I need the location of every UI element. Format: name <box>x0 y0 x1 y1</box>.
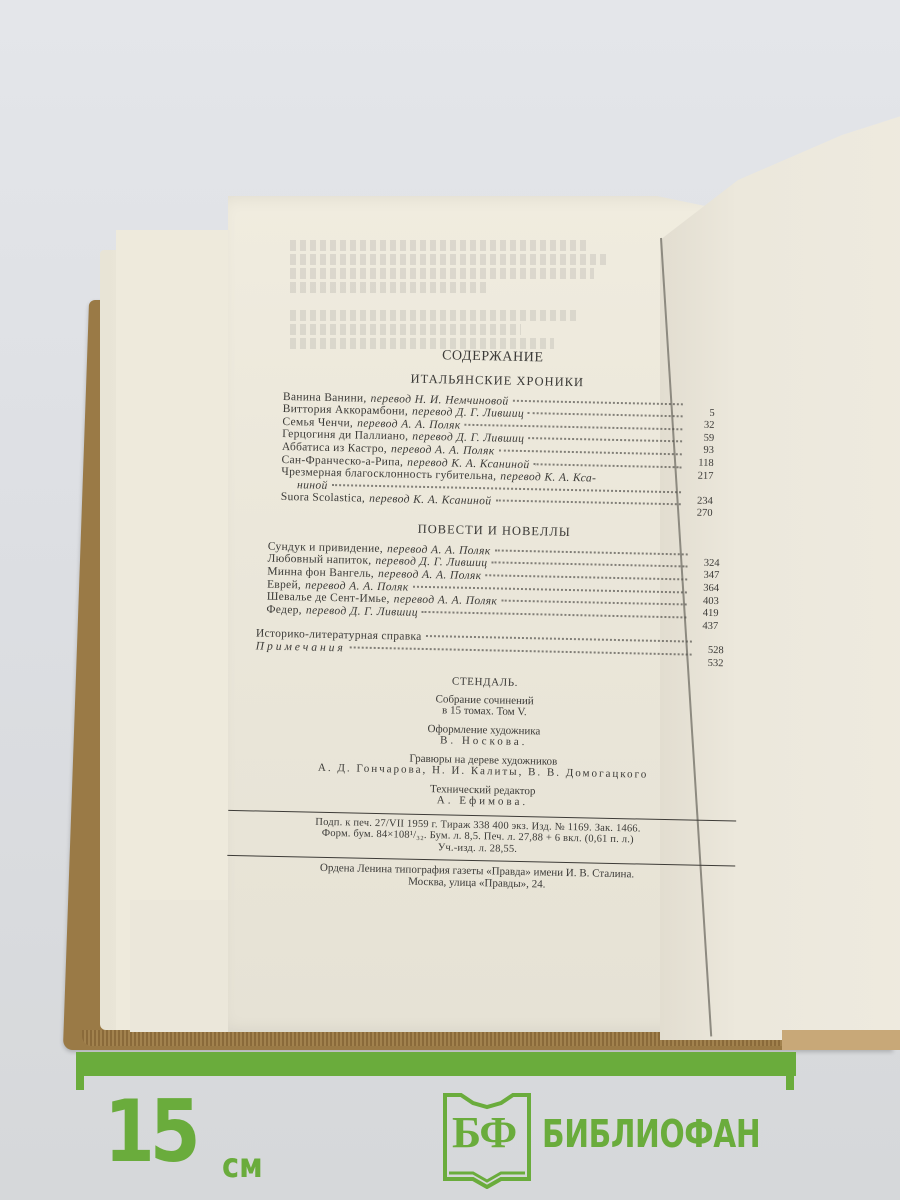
right-cover-edge <box>782 1030 900 1050</box>
section-italian-chronicles: Ванина Ванини, перевод Н. И. Немчиновой … <box>235 390 737 514</box>
dot-leader <box>350 646 692 655</box>
dot-leader <box>426 635 692 643</box>
section-appendix: Историко-литературная справка 528 Примеч… <box>232 627 732 663</box>
section-novellas: Сундук и привидение, перевод А. А. Поляк… <box>232 540 733 626</box>
brand-name: БИБЛИОФАН <box>542 1112 760 1156</box>
page-number: 532 <box>695 658 723 671</box>
page-number: 437 <box>690 620 718 633</box>
logo-letters: БФ <box>452 1108 516 1158</box>
dot-leader <box>332 484 681 493</box>
scale-size-unit: см <box>222 1146 263 1186</box>
dot-leader <box>501 600 686 606</box>
dot-leader <box>465 424 683 431</box>
scale-size-number: 15 <box>104 1082 196 1182</box>
section-title-novellas: ПОВЕСТИ И НОВЕЛЛЫ <box>234 519 734 542</box>
design-credit: Оформление художника В. Носкова. <box>238 720 730 753</box>
dot-leader <box>600 479 681 481</box>
bleed-through-text <box>290 240 620 352</box>
dot-leader <box>413 585 687 593</box>
table-of-contents: СОДЕРЖАНИЕ ИТАЛЬЯНСКИЕ ХРОНИКИ Ванина Ва… <box>227 346 738 895</box>
scale-tick-left <box>76 1052 84 1090</box>
dot-leader <box>422 611 687 619</box>
dot-leader <box>513 399 683 405</box>
engravings-credit: Гравюры на дереве художников А. Д. Гонча… <box>237 750 729 783</box>
dot-leader <box>495 500 680 506</box>
dot-leader <box>495 549 688 555</box>
scale-tick-right <box>786 1052 794 1090</box>
section-title-italian-chronicles: ИТАЛЬЯНСКИЕ ХРОНИКИ <box>237 369 737 392</box>
colophon: СТЕНДАЛЬ. Собрание сочинений в 15 томах.… <box>228 672 731 813</box>
dot-leader <box>534 463 682 468</box>
scale-bar <box>76 1052 796 1076</box>
imprint: Подп. к печ. 27/VII 1959 г. Тираж 338 40… <box>227 815 728 860</box>
dot-leader <box>499 449 682 455</box>
dot-leader <box>485 574 687 580</box>
tech-editor-credit: Технический редактор А. Ефимова. <box>236 780 728 813</box>
dot-leader <box>528 412 683 417</box>
dot-leader <box>528 437 682 442</box>
collection-info: Собрание сочинений в 15 томах. Том V. <box>238 690 730 723</box>
page-number: 270 <box>684 508 712 521</box>
photo-scene: СОДЕРЖАНИЕ ИТАЛЬЯНСКИЕ ХРОНИКИ Ванина Ва… <box>0 0 900 1200</box>
dot-leader <box>491 562 687 568</box>
